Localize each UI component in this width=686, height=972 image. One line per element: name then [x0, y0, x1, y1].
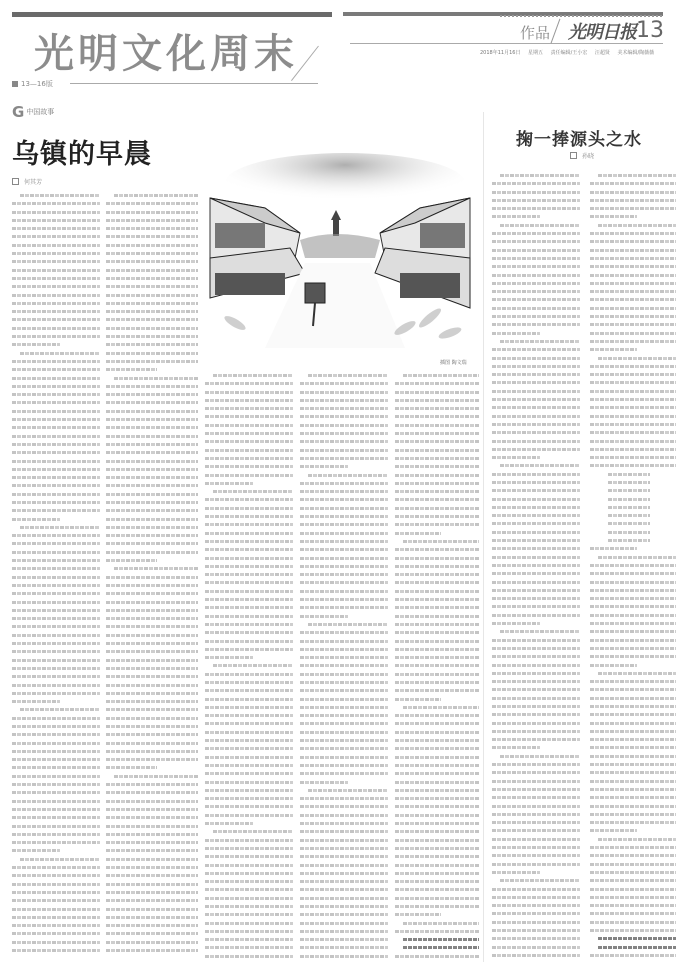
text-line	[395, 496, 479, 504]
text-line	[106, 756, 198, 764]
text-line	[492, 811, 580, 819]
text-line	[395, 903, 479, 911]
text-line	[12, 516, 100, 524]
text-line	[205, 447, 293, 455]
text-line	[106, 715, 198, 723]
text-line	[106, 814, 198, 822]
text-line	[106, 200, 198, 208]
text-line	[395, 413, 479, 421]
text-line	[590, 595, 676, 603]
text-line	[106, 217, 198, 225]
text-line	[395, 662, 479, 670]
text-line	[12, 823, 100, 831]
text-line	[106, 648, 198, 656]
text-line	[106, 458, 198, 466]
text-line	[492, 396, 580, 404]
text-line	[205, 488, 293, 496]
text-line	[106, 275, 198, 283]
text-line	[205, 828, 293, 836]
text-line	[12, 740, 100, 748]
text-line	[12, 715, 100, 723]
text-line	[395, 579, 479, 587]
text-line	[300, 853, 388, 861]
text-line	[492, 761, 580, 769]
text-line	[12, 673, 100, 681]
text-line	[492, 595, 580, 603]
text-line	[590, 587, 676, 595]
text-line	[395, 447, 479, 455]
text-line	[492, 487, 580, 495]
text-line	[492, 321, 580, 329]
text-line	[106, 416, 198, 424]
text-line	[12, 441, 100, 449]
text-line	[205, 696, 293, 704]
text-line	[492, 180, 580, 188]
text-line	[590, 944, 676, 952]
text-line	[106, 640, 198, 648]
text-line	[590, 786, 676, 794]
text-line	[395, 521, 479, 529]
text-line	[12, 482, 100, 490]
text-line	[395, 513, 479, 521]
text-line	[492, 263, 580, 271]
author-name: 何其芳	[24, 177, 42, 186]
text-line	[106, 806, 198, 814]
text-line	[205, 646, 293, 654]
text-line	[492, 794, 580, 802]
text-line	[12, 897, 100, 905]
text-line	[590, 744, 676, 752]
text-line	[395, 944, 479, 952]
text-line	[395, 770, 479, 778]
text-line	[106, 673, 198, 681]
text-line	[300, 397, 388, 405]
text-line	[12, 632, 100, 640]
text-line	[205, 413, 293, 421]
text-line	[492, 803, 580, 811]
text-line	[205, 803, 293, 811]
text-line	[300, 555, 388, 563]
text-line	[12, 325, 100, 333]
text-line	[205, 638, 293, 646]
text-line	[492, 197, 580, 205]
text-line	[106, 706, 198, 714]
text-line	[492, 678, 580, 686]
text-line	[492, 404, 580, 412]
text-line	[590, 811, 676, 819]
text-line	[205, 538, 293, 546]
text-line	[106, 632, 198, 640]
text-line	[395, 538, 479, 546]
text-line	[12, 375, 100, 383]
text-line	[395, 828, 479, 836]
text-line	[205, 579, 293, 587]
text-line	[300, 563, 388, 571]
text-line	[205, 820, 293, 828]
text-line	[12, 657, 100, 665]
text-line	[12, 773, 100, 781]
text-line	[590, 189, 676, 197]
text-line	[492, 852, 580, 860]
text-line	[590, 877, 676, 885]
text-line	[492, 529, 580, 537]
text-line	[106, 532, 198, 540]
text-line	[205, 662, 293, 670]
text-line	[590, 255, 676, 263]
text-line	[590, 628, 676, 636]
text-line	[205, 737, 293, 745]
byline-box-icon	[12, 178, 19, 185]
text-line	[492, 222, 580, 230]
text-line	[12, 217, 100, 225]
text-line	[106, 723, 198, 731]
text-line	[106, 540, 198, 548]
text-line	[395, 588, 479, 596]
text-line	[300, 828, 388, 836]
text-line	[106, 333, 198, 341]
text-line	[492, 504, 580, 512]
text-line	[300, 389, 388, 397]
text-line	[590, 222, 676, 230]
text-line	[106, 922, 198, 930]
text-line	[205, 530, 293, 538]
text-line	[106, 225, 198, 233]
text-line	[205, 521, 293, 529]
text-line	[12, 648, 100, 656]
text-line	[492, 628, 580, 636]
text-line	[300, 546, 388, 554]
text-line	[395, 380, 479, 388]
text-line	[300, 803, 388, 811]
text-line	[106, 607, 198, 615]
text-line	[590, 487, 676, 495]
text-line	[12, 300, 100, 308]
text-line	[106, 731, 198, 739]
text-line	[205, 372, 293, 380]
text-line	[395, 638, 479, 646]
text-line	[106, 283, 198, 291]
text-line	[106, 250, 198, 258]
text-line	[205, 787, 293, 795]
text-line	[12, 250, 100, 258]
text-line	[300, 596, 388, 604]
text-line	[205, 563, 293, 571]
text-line	[106, 881, 198, 889]
text-line	[590, 579, 676, 587]
text-line	[395, 530, 479, 538]
text-line	[12, 682, 100, 690]
text-line	[106, 516, 198, 524]
text-line	[205, 380, 293, 388]
text-line	[12, 350, 100, 358]
text-line	[300, 579, 388, 587]
text-line	[106, 682, 198, 690]
text-line	[492, 944, 580, 952]
text-line	[12, 872, 100, 880]
text-line	[590, 429, 676, 437]
text-line	[492, 786, 580, 794]
text-line	[300, 696, 388, 704]
text-line	[395, 870, 479, 878]
text-line	[12, 333, 100, 341]
text-line	[106, 449, 198, 457]
text-line	[205, 389, 293, 397]
text-line	[106, 665, 198, 673]
text-line	[106, 872, 198, 880]
text-line	[106, 781, 198, 789]
text-line	[492, 778, 580, 786]
text-line	[106, 856, 198, 864]
text-line	[590, 446, 676, 454]
text-line	[205, 422, 293, 430]
text-line	[590, 720, 676, 728]
text-line	[590, 935, 676, 943]
text-line	[590, 355, 676, 363]
text-line	[590, 653, 676, 661]
text-line	[590, 703, 676, 711]
text-line	[205, 588, 293, 596]
text-line	[205, 720, 293, 728]
text-line	[590, 288, 676, 296]
text-line	[590, 570, 676, 578]
text-line	[300, 679, 388, 687]
text-line	[205, 754, 293, 762]
text-line	[395, 604, 479, 612]
text-line	[12, 756, 100, 764]
text-line	[300, 604, 388, 612]
text-line	[590, 844, 676, 852]
text-line	[590, 952, 676, 960]
text-line	[492, 205, 580, 213]
text-line	[590, 496, 676, 504]
text-line	[492, 587, 580, 595]
text-line	[106, 233, 198, 241]
text-line	[590, 213, 676, 221]
text-line	[12, 914, 100, 922]
text-line	[300, 521, 388, 529]
text-line	[106, 939, 198, 947]
text-line	[205, 546, 293, 554]
text-line	[12, 881, 100, 889]
text-line	[590, 545, 676, 553]
text-line	[106, 690, 198, 698]
text-line	[590, 346, 676, 354]
text-line	[492, 454, 580, 462]
text-line	[12, 275, 100, 283]
text-line	[106, 300, 198, 308]
text-line	[492, 462, 580, 470]
text-line	[106, 615, 198, 623]
text-line	[12, 798, 100, 806]
text-line	[106, 582, 198, 590]
text-line	[395, 571, 479, 579]
text-line	[300, 870, 388, 878]
text-line	[12, 640, 100, 648]
text-line	[492, 894, 580, 902]
text-line	[106, 325, 198, 333]
text-line	[395, 438, 479, 446]
text-line	[590, 686, 676, 694]
text-line	[395, 389, 479, 397]
text-line	[300, 795, 388, 803]
text-line	[395, 779, 479, 787]
text-line	[300, 729, 388, 737]
text-line	[12, 549, 100, 557]
text-line	[106, 350, 198, 358]
text-line	[300, 712, 388, 720]
text-line	[590, 438, 676, 446]
text-line	[492, 819, 580, 827]
article-column-4	[300, 372, 388, 962]
text-line	[395, 920, 479, 928]
text-line	[12, 416, 100, 424]
text-line	[590, 637, 676, 645]
text-line	[106, 764, 198, 772]
text-line	[300, 837, 388, 845]
text-line	[590, 330, 676, 338]
column-logo-icon: G	[12, 103, 24, 121]
text-line	[205, 920, 293, 928]
text-line	[12, 607, 100, 615]
byline-box-icon	[570, 152, 577, 159]
text-line	[12, 458, 100, 466]
text-line	[205, 496, 293, 504]
text-line	[492, 753, 580, 761]
text-line	[106, 433, 198, 441]
text-line	[106, 599, 198, 607]
text-line	[590, 836, 676, 844]
text-line	[300, 720, 388, 728]
text-line	[492, 861, 580, 869]
text-line	[395, 886, 479, 894]
text-line	[590, 794, 676, 802]
text-line	[395, 422, 479, 430]
text-line	[492, 910, 580, 918]
text-line	[106, 823, 198, 831]
text-line	[12, 308, 100, 316]
text-line	[492, 744, 580, 752]
text-line	[12, 864, 100, 872]
text-line	[300, 944, 388, 952]
text-line	[12, 665, 100, 673]
text-line	[106, 482, 198, 490]
text-line	[492, 570, 580, 578]
text-line	[590, 819, 676, 827]
text-line	[205, 895, 293, 903]
article-column-5	[395, 372, 479, 962]
text-line	[12, 474, 100, 482]
text-line	[205, 762, 293, 770]
text-line	[492, 355, 580, 363]
text-line	[12, 283, 100, 291]
text-line	[205, 671, 293, 679]
text-line	[106, 341, 198, 349]
text-line	[590, 753, 676, 761]
text-line	[106, 258, 198, 266]
section-label: 作品	[520, 22, 550, 43]
column-tag-label: 中国故事	[26, 107, 54, 117]
text-line	[300, 472, 388, 480]
author-name: 孙晓	[582, 151, 594, 160]
text-line	[106, 524, 198, 532]
text-line	[300, 920, 388, 928]
text-line	[492, 952, 580, 960]
dateline: 2018年11月16日 星期五 责任编辑/王小宏 汪超贤 美术编辑/陶薇薇	[480, 49, 654, 56]
text-line	[492, 379, 580, 387]
text-line	[590, 363, 676, 371]
text-line	[395, 720, 479, 728]
text-line	[106, 391, 198, 399]
text-line	[395, 654, 479, 662]
text-line	[590, 272, 676, 280]
text-line	[205, 729, 293, 737]
article-title: 乌镇的早晨	[12, 132, 152, 171]
text-line	[12, 258, 100, 266]
text-line	[106, 590, 198, 598]
text-line	[492, 720, 580, 728]
text-line	[300, 447, 388, 455]
text-line	[106, 399, 198, 407]
text-line	[590, 919, 676, 927]
side-article-column-1	[492, 172, 580, 962]
text-line	[395, 480, 479, 488]
text-line	[300, 745, 388, 753]
masthead-dotted-rule	[500, 15, 663, 17]
text-line	[590, 247, 676, 255]
text-line	[300, 629, 388, 637]
text-line	[106, 242, 198, 250]
text-line	[106, 408, 198, 416]
text-line	[492, 686, 580, 694]
text-line	[12, 200, 100, 208]
text-line	[590, 869, 676, 877]
text-line	[300, 463, 388, 471]
text-line	[492, 330, 580, 338]
text-line	[300, 413, 388, 421]
text-line	[205, 878, 293, 886]
text-line	[300, 480, 388, 488]
text-line	[205, 845, 293, 853]
text-line	[12, 341, 100, 349]
text-line	[106, 441, 198, 449]
text-line	[492, 653, 580, 661]
text-line	[590, 678, 676, 686]
side-article-byline: 孙晓	[570, 151, 594, 160]
text-line	[492, 637, 580, 645]
text-line	[106, 864, 198, 872]
text-line	[590, 421, 676, 429]
text-line	[590, 479, 676, 487]
text-line	[590, 695, 676, 703]
text-line	[106, 292, 198, 300]
text-line	[590, 462, 676, 470]
text-line	[205, 679, 293, 687]
text-line	[300, 621, 388, 629]
text-line	[300, 380, 388, 388]
text-line	[395, 555, 479, 563]
text-line	[106, 906, 198, 914]
text-line	[395, 853, 479, 861]
text-line	[12, 524, 100, 532]
text-line	[590, 736, 676, 744]
text-line	[205, 430, 293, 438]
text-line	[12, 557, 100, 565]
text-line	[395, 795, 479, 803]
text-line	[300, 430, 388, 438]
text-line	[492, 620, 580, 628]
text-line	[492, 371, 580, 379]
text-line	[590, 305, 676, 313]
